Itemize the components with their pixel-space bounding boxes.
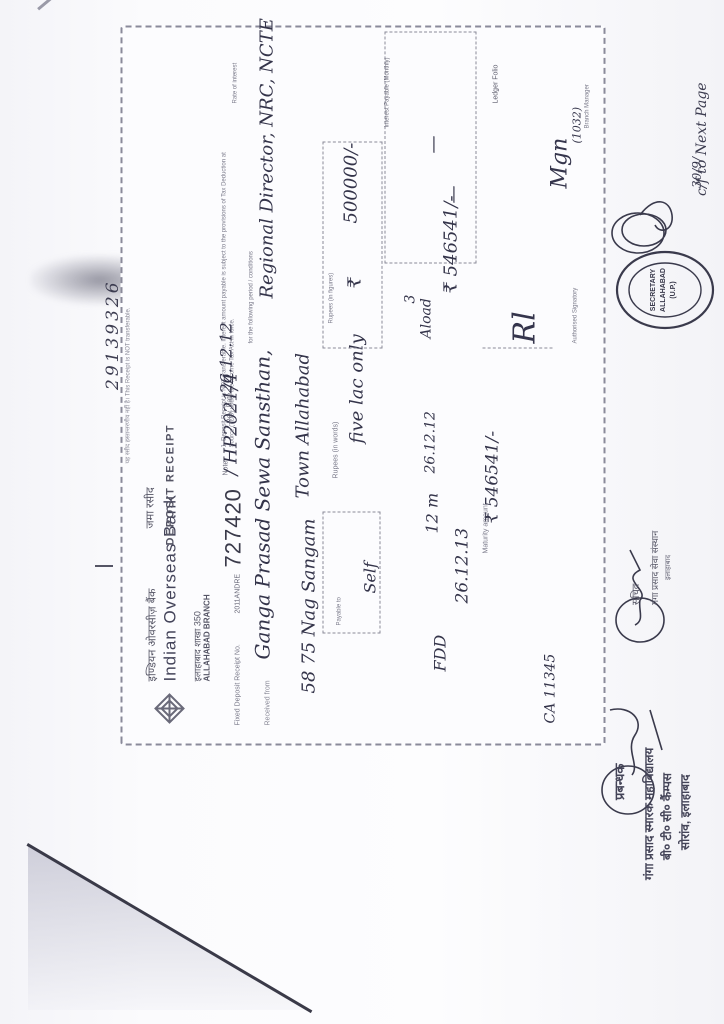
margin-mark [95, 565, 113, 567]
authorised-signature: Rl [507, 311, 542, 343]
receipt-title-hindi: जमा रसीद [142, 487, 157, 528]
svg-text:ALLAHABAD: ALLAHABAD [660, 268, 667, 312]
organisation-seal: SECRETARY ALLAHABAD (U.P.) [615, 250, 715, 330]
amount-figures-label: Rupees (in figures) [328, 273, 334, 324]
deposit-date: 26.12.12 [422, 411, 438, 473]
depositor-name: Ganga Prasad Sewa Sansthan, [250, 350, 274, 660]
deposit-type: FDD [430, 635, 449, 672]
manager-signature: Mgn [547, 138, 572, 189]
attestation-city: इलाहाबाद [664, 555, 673, 580]
top-notice: यह रसीद हस्तान्तरणीय नहीं है। This Recei… [124, 44, 132, 464]
table-number: 3 [402, 295, 418, 304]
attestation-title: सचिव [628, 584, 642, 605]
rev-date-label: Rev. Date [226, 393, 233, 424]
period-label: for the following period / conditions [248, 251, 254, 343]
place-note: Aload [418, 298, 434, 338]
receipt-number-label: Fixed Deposit Receipt No. [234, 644, 241, 725]
maturity-date: 26.12.13 [452, 528, 472, 604]
branch-name: ALLAHABAD BRANCH [202, 594, 211, 681]
manager-code: (1032) [570, 107, 583, 144]
receipt-amount: ₹ 546541/- [440, 195, 461, 293]
maturity-amount: ₹ 546541/- [482, 431, 502, 524]
depositor-name-2: Regional Director, NRC, NCTE [256, 18, 277, 298]
receipt-number: 727420 [220, 488, 246, 567]
address-line: 58 75 Nag Sangam [298, 519, 319, 694]
interest-column-label: Interest Payable (Monthly) [384, 57, 390, 127]
manager-label: Branch Manager [584, 84, 590, 128]
attestation-org: गंगा प्रसाद सेवा संस्थान [648, 531, 661, 605]
svg-text:(U.P.): (U.P.) [670, 281, 677, 298]
svg-text:SECRETARY: SECRETARY [650, 268, 657, 311]
payable-label: Payable to [336, 597, 342, 625]
college-campus: बी० टी० सी० कैंम्पस [658, 773, 675, 860]
branch-name-hindi: इलाहाबाद शाखा 350 [190, 611, 203, 681]
bank-name-hindi: इण्डियन ओवरसीज़ बैंक [144, 588, 159, 681]
manager-title: प्रबन्धक [610, 764, 628, 800]
authorised-signatory-label: Authorised Signatory [572, 288, 578, 344]
account-number: CA 11345 [542, 654, 558, 724]
college-name: गंगा प्रसाद स्मारक महाविद्यालय [640, 748, 657, 880]
college-location: सोरांव, इलाहाबाद [676, 774, 693, 850]
bank-logo-icon [152, 692, 186, 726]
rev-date: 26.12.12 [216, 322, 235, 393]
receipt-title: DEPOSIT RECEIPT [164, 424, 176, 546]
amount-words-label: Rupees (in words) [332, 422, 339, 479]
carry-forward-note: c/f to Next Page [694, 82, 710, 196]
deposit-term: 12 m [422, 493, 441, 534]
received-from-label: Received from [264, 680, 271, 725]
rupee-symbol: ₹ [344, 277, 365, 288]
ledger-folio-label: Ledger Folio [492, 65, 499, 104]
amount-words: five lac only [346, 334, 367, 443]
deposit-receipt-area: इण्डियन ओवरसीज़ बैंक Indian Overseas Ban… [120, 25, 605, 745]
address-line-2: Town Allahabad [292, 353, 313, 499]
interest-dash: — [422, 136, 443, 154]
payable-value: Self [360, 562, 379, 593]
receipt-code: 2011ANDRE [234, 574, 241, 614]
deposit-receipt: इण्डियन ओवरसीज़ बैंक Indian Overseas Ban… [120, 26, 605, 746]
rate-label: Rate of interest [232, 63, 238, 104]
amount-figures: 500000/- [340, 143, 361, 224]
